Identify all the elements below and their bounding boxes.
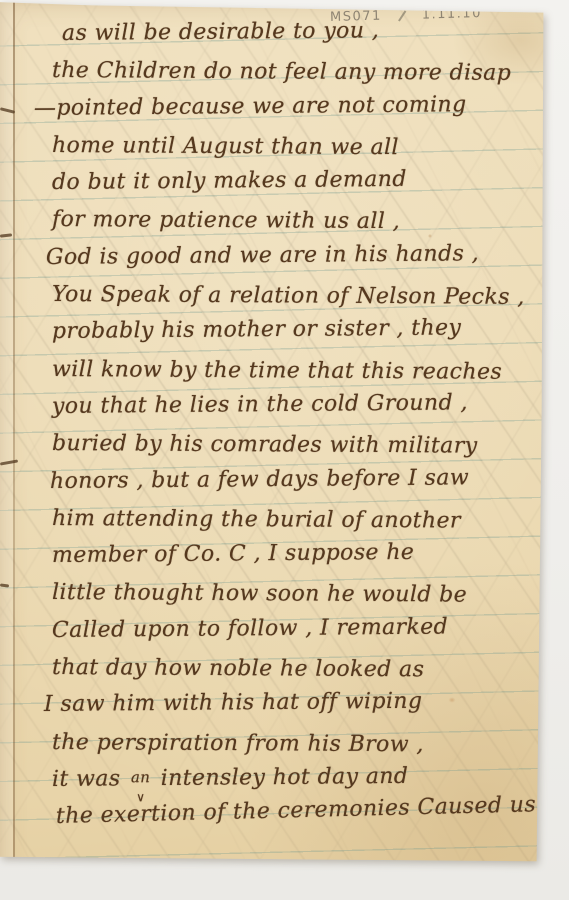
letter-line: honors , but a few days before I saw [50, 458, 555, 500]
letter-line: —pointed because we are not coming [34, 85, 555, 127]
letter-line: God is good and we are in his hands , [46, 234, 555, 276]
letter-page: MS071 1.11.10 as will be desirable to yo… [0, 0, 569, 900]
page-fold-crease [13, 0, 15, 900]
letter-line: you that he lies in the cold Ground , [52, 384, 555, 426]
letter-body: as will be desirable to you , the Childr… [52, 15, 555, 836]
scanned-letter-image: MS071 1.11.10 as will be desirable to yo… [0, 0, 569, 900]
inserted-word: an [131, 772, 150, 782]
amended-text-before: it was [52, 766, 121, 792]
paper-shadow-wrapper: MS071 1.11.10 as will be desirable to yo… [0, 0, 569, 900]
letter-line: as will be desirable to you , [62, 11, 555, 53]
letter-line: probably his mother or sister , they [52, 309, 555, 351]
letter-line: I saw him with his hat off wiping [44, 682, 555, 724]
letter-line: Called upon to follow , I remarked [52, 607, 555, 649]
letter-line: member of Co. C , I suppose he [52, 533, 555, 575]
amended-text-after: intensley hot day and [161, 764, 409, 791]
letter-line: do but it only makes a demand [52, 160, 555, 202]
underlying-page-edge [0, 0, 13, 900]
